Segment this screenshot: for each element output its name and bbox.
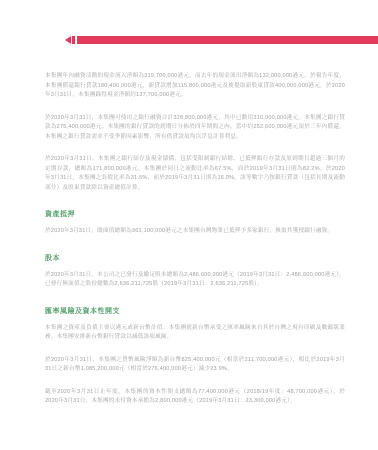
paragraph-pledge-of-assets: 於2020年3月31日，賬面值總額為361,100,000港元之本集團台灣物業已… (45, 227, 345, 237)
accent-horizontal-rule (77, 36, 378, 44)
section-heading-fx-risk-capex: 匯率風險及資本性開支 (45, 307, 345, 316)
paragraph-bank-facilities: 於2020年3月31日，本集團可使用之銀行融資合計328,800,000港元，其… (45, 114, 345, 143)
paragraph-financing-activities: 本集團年內融資活動的現金流入淨額為319,700,000港元，而去年的現金流出淨… (45, 72, 345, 101)
page-accent-rule (65, 36, 378, 44)
paragraph-liquidity-ratios: 於2020年3月31日，本集團之銀行結存及現金儲備，包括受限制銀行結餘、已抵押銀… (45, 155, 345, 193)
accent-tick-mark (72, 36, 75, 44)
paragraph-share-capital: 於2020年3月31日，本公司之已發行及繳足股本總額為2,486,600,000… (45, 271, 345, 290)
document-body: 本集團年內融資活動的現金流入淨額為319,700,000港元，而去年的現金流出淨… (45, 72, 345, 420)
section-heading-share-capital: 股本 (45, 254, 345, 263)
left-arrow-icon (65, 36, 71, 44)
paragraph-fx-net-position: 於2020年3月31日，本集團之貨幣風險淨額為新台幣825,400,000元（相… (45, 356, 345, 375)
section-heading-pledge-of-assets: 資產抵押 (45, 210, 345, 219)
paragraph-fx-exposure: 本集團之資產及負債主要以港元或新台幣計值。本集團就新台幣承受之匯率風險來自其於台… (45, 324, 345, 343)
paragraph-capital-expenditure: 截至2020年3月31日止年度，本集團的資本性開支總額為77,400,000港元… (45, 388, 345, 407)
